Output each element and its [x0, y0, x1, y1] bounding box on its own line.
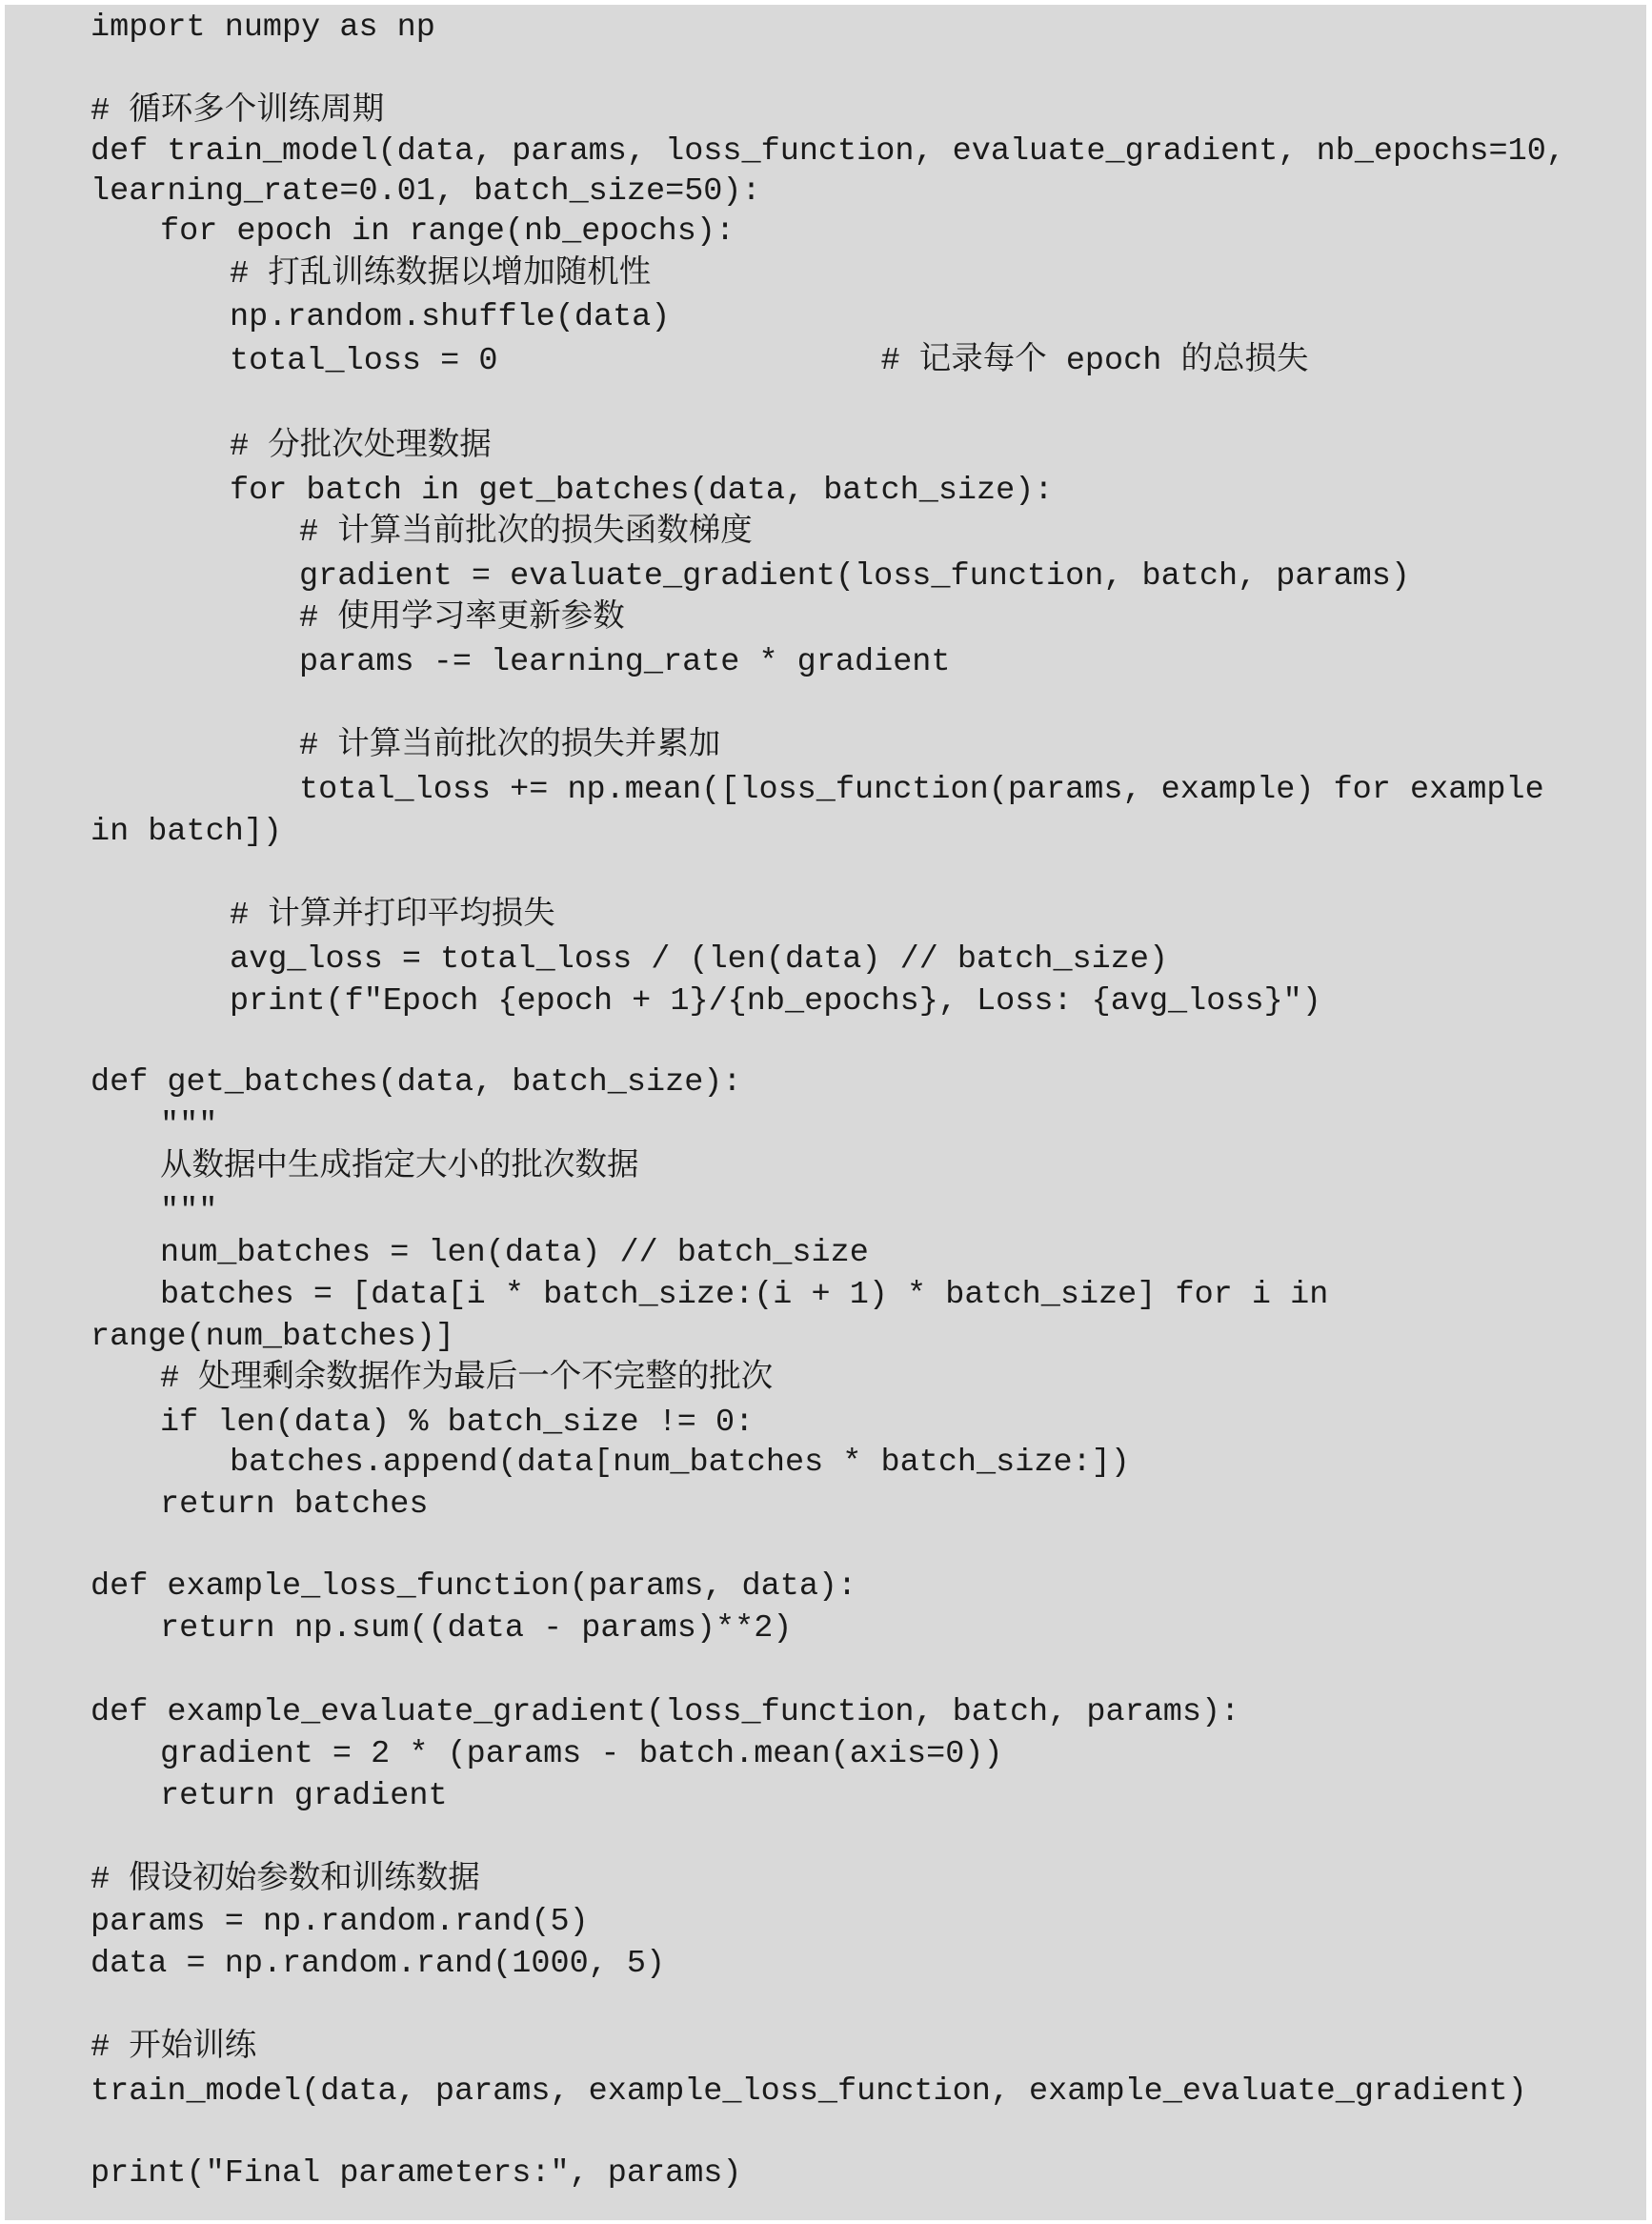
- code-line-text: batches.append(data[num_batches * batch_…: [230, 1447, 1130, 1480]
- code-line-text: if len(data) % batch_size != 0:: [160, 1407, 754, 1440]
- code-line-text: 从数据中生成指定大小的批次数据: [160, 1152, 639, 1184]
- code-line-text: gradient = evaluate_gradient(loss_functi…: [299, 561, 1410, 594]
- code-line-text: # 计算当前批次的损失函数梯度: [299, 517, 753, 550]
- code-line-text: gradient = 2 * (params - batch.mean(axis…: [160, 1739, 1003, 1771]
- code-line-text: learning_rate=0.01, batch_size=50):: [91, 176, 761, 209]
- code-line-text: return batches: [160, 1489, 428, 1522]
- code-line-text: print(f"Epoch {epoch + 1}/{nb_epochs}, L…: [230, 986, 1321, 1019]
- code-line-text: range(num_batches)]: [91, 1322, 454, 1354]
- code-line-text: # 处理剩余数据作为最后一个不完整的批次: [160, 1364, 773, 1396]
- code-line-text: avg_loss = total_loss / (len(data) // ba…: [230, 944, 1168, 977]
- code-line-text: def train_model(data, params, loss_funct…: [91, 136, 1565, 169]
- code-line-text: print("Final parameters:", params): [91, 2158, 742, 2191]
- code-line-text: # 打乱训练数据以增加随机性: [230, 259, 651, 292]
- code-line-text: params -= learning_rate * gradient: [299, 647, 951, 679]
- code-listing-panel: import numpy as np# 循环多个训练周期def train_mo…: [5, 5, 1646, 2220]
- code-line-text: def example_loss_function(params, data):: [91, 1571, 856, 1604]
- code-line-text: data = np.random.rand(1000, 5): [91, 1949, 665, 1981]
- code-line-text: # 开始训练: [91, 2032, 256, 2065]
- code-line-text: # 分批次处理数据: [230, 432, 492, 464]
- code-line-text: # 循环多个训练周期: [91, 96, 384, 129]
- code-line-text: num_batches = len(data) // batch_size: [160, 1238, 869, 1270]
- code-line-text: return gradient: [160, 1781, 448, 1813]
- code-line-text: # 计算当前批次的损失并累加: [299, 731, 720, 763]
- code-line-text: params = np.random.rand(5): [91, 1907, 589, 1939]
- code-line-text: def example_evaluate_gradient(loss_funct…: [91, 1697, 1239, 1729]
- code-line-text: total_loss += np.mean([loss_function(par…: [299, 775, 1544, 807]
- code-line-text: import numpy as np: [91, 12, 435, 45]
- code-line-text: np.random.shuffle(data): [230, 302, 670, 334]
- code-line-text: for batch in get_batches(data, batch_siz…: [230, 475, 1053, 508]
- code-line-text: # 假设初始参数和训练数据: [91, 1865, 480, 1897]
- code-line-text: train_model(data, params, example_loss_f…: [91, 2076, 1527, 2109]
- code-line-text: """: [160, 1110, 217, 1142]
- code-line-text: def get_batches(data, batch_size):: [91, 1067, 742, 1100]
- code-line-text: total_loss = 0 # 记录每个 epoch 的总损失: [230, 346, 1308, 378]
- code-line-text: in batch]): [91, 817, 282, 849]
- code-line-text: """: [160, 1196, 217, 1228]
- code-line-text: return np.sum((data - params)**2): [160, 1613, 792, 1646]
- code-line-text: # 计算并打印平均损失: [230, 900, 555, 933]
- code-line-text: for epoch in range(nb_epochs):: [160, 216, 735, 249]
- code-line-text: batches = [data[i * batch_size:(i + 1) *…: [160, 1280, 1328, 1312]
- code-line-text: # 使用学习率更新参数: [299, 603, 625, 636]
